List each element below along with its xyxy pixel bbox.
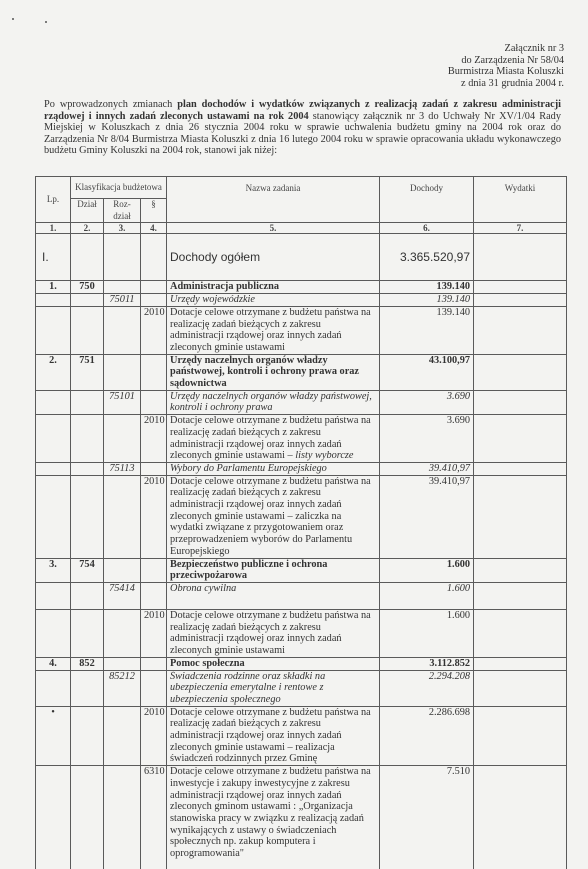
row-paragraf-text: 2010	[144, 476, 165, 487]
row-rozdzial-text: 75414	[109, 583, 135, 594]
row-rozdzial: 75101	[104, 390, 141, 414]
row-lp-text: 3.	[49, 559, 57, 570]
total-row: I. Dochody ogółem 3.365.520,97	[36, 234, 567, 281]
row-lp	[36, 766, 71, 869]
colnum: 5.	[167, 223, 380, 234]
row-rozdzial-text: 75113	[110, 463, 135, 474]
colnum: 1.	[36, 223, 71, 234]
row-dochody: 139.140	[380, 281, 474, 294]
row-nazwa: Urzędy naczelnych organów władzy państwo…	[167, 390, 380, 414]
intro-text: Po wprowadzonych zmianach	[44, 99, 177, 110]
row-dochody: 1.600	[380, 582, 474, 609]
table-row: •2010Dotacje celowe otrzymane z budżetu …	[36, 706, 567, 766]
column-number-row: 1. 2. 3. 4. 5. 6. 7.	[36, 223, 567, 234]
row-dochody: 1.600	[380, 558, 474, 582]
table-row: 75101Urzędy naczelnych organów władzy pa…	[36, 390, 567, 414]
row-nazwa: Bezpieczeństwo publiczne i ochrona przec…	[167, 558, 380, 582]
row-dochody-text: 39.410,97	[429, 463, 470, 474]
table-row: 4.852Pomoc społeczna3.112.852	[36, 657, 567, 670]
row-dochody-text: 139.140	[437, 307, 470, 318]
row-paragraf: 2010	[141, 475, 167, 558]
ordinance-reference: do Zarządzenia Nr 58/04	[448, 55, 564, 67]
row-dzial: 852	[71, 657, 104, 670]
row-rozdzial	[104, 306, 141, 354]
row-wydatki	[474, 354, 567, 390]
attachment-header: Załącznik nr 3 do Zarządzenia Nr 58/04 B…	[448, 43, 564, 89]
row-nazwa: Wybory do Parlamentu Europejskiego	[167, 462, 380, 475]
row-lp: 2.	[36, 354, 71, 390]
row-lp	[36, 390, 71, 414]
row-wydatki	[474, 306, 567, 354]
row-dochody: 1.600	[380, 609, 474, 657]
table-row: 85212Świadczenia rodzinne oraz składki n…	[36, 670, 567, 706]
table-row: 2010Dotacje celowe otrzymane z budżetu p…	[36, 306, 567, 354]
row-dzial	[71, 415, 104, 463]
row-paragraf: 2010	[141, 706, 167, 766]
row-dochody-text: 3.690	[447, 415, 470, 426]
row-nazwa-text: Wybory do Parlamentu Europejskiego	[170, 463, 327, 474]
header-paragraf: §	[141, 199, 167, 223]
row-dzial	[71, 294, 104, 307]
row-dzial	[71, 462, 104, 475]
row-nazwa-text: Dotacje celowe otrzymane z budżetu państ…	[170, 476, 371, 557]
row-nazwa-text: Dotacje celowe otrzymane z budżetu państ…	[170, 307, 371, 353]
row-nazwa: Świadczenia rodzinne oraz składki na ube…	[167, 670, 380, 706]
row-nazwa-text: Pomoc społeczna	[170, 658, 245, 669]
header-wydatki: Wydatki	[474, 177, 567, 223]
row-paragraf	[141, 462, 167, 475]
row-paragraf: 2010	[141, 609, 167, 657]
scan-speck	[45, 21, 47, 23]
row-dochody-text: 139.140	[437, 281, 470, 292]
colnum: 4.	[141, 223, 167, 234]
row-dochody-text: 43.100,97	[429, 355, 470, 366]
row-lp	[36, 415, 71, 463]
row-rozdzial-text: 75011	[110, 294, 135, 305]
row-dzial	[71, 609, 104, 657]
row-dzial	[71, 582, 104, 609]
colnum: 3.	[104, 223, 141, 234]
row-lp	[36, 582, 71, 609]
row-dochody: 2.286.698	[380, 706, 474, 766]
empty-cell	[141, 234, 167, 281]
total-wydatki	[474, 234, 567, 281]
row-rozdzial	[104, 706, 141, 766]
row-nazwa: Dotacje celowe otrzymane z budżetu państ…	[167, 475, 380, 558]
table-row: 2010Dotacje celowe otrzymane z budżetu p…	[36, 415, 567, 463]
row-nazwa-text: Urzędy naczelnych organów władzy państwo…	[170, 391, 372, 414]
row-wydatki	[474, 582, 567, 609]
row-dochody: 139.140	[380, 294, 474, 307]
row-nazwa: Obrona cywilna	[167, 582, 380, 609]
row-lp-text: 2.	[49, 355, 57, 366]
row-dochody-text: 139.140	[437, 294, 470, 305]
row-wydatki	[474, 706, 567, 766]
row-dzial: 754	[71, 558, 104, 582]
row-dochody: 2.294.208	[380, 670, 474, 706]
row-dochody-text: 1.600	[447, 559, 470, 570]
row-paragraf	[141, 294, 167, 307]
header-rozdzial: Roz-dział	[104, 199, 141, 223]
row-nazwa-text: Urzędy naczelnych organów władzy państwo…	[170, 355, 359, 389]
row-wydatki	[474, 281, 567, 294]
row-wydatki	[474, 475, 567, 558]
row-lp	[36, 462, 71, 475]
table-row: 75113Wybory do Parlamentu Europejskiego3…	[36, 462, 567, 475]
row-nazwa: Dotacje celowe otrzymane z budżetu państ…	[167, 415, 380, 463]
row-rozdzial	[104, 766, 141, 869]
header-dochody: Dochody	[380, 177, 474, 223]
row-wydatki	[474, 657, 567, 670]
table-row: 2010Dotacje celowe otrzymane z budżetu p…	[36, 475, 567, 558]
row-rozdzial: 85212	[104, 670, 141, 706]
row-nazwa: Dotacje celowe otrzymane z budżetu państ…	[167, 609, 380, 657]
row-lp	[36, 294, 71, 307]
row-rozdzial	[104, 558, 141, 582]
row-rozdzial	[104, 609, 141, 657]
row-lp-text: 4.	[49, 658, 57, 669]
row-dochody: 139.140	[380, 306, 474, 354]
row-rozdzial: 75414	[104, 582, 141, 609]
colnum: 6.	[380, 223, 474, 234]
row-dochody: 43.100,97	[380, 354, 474, 390]
row-wydatki	[474, 670, 567, 706]
table-row: 2.751Urzędy naczelnych organów władzy pa…	[36, 354, 567, 390]
row-paragraf: 6310	[141, 766, 167, 869]
row-lp: 1.	[36, 281, 71, 294]
row-nazwa: Dotacje celowe otrzymane z budżetu państ…	[167, 306, 380, 354]
row-wydatki	[474, 609, 567, 657]
row-lp	[36, 475, 71, 558]
row-paragraf-text: 2010	[144, 707, 165, 718]
row-paragraf	[141, 657, 167, 670]
row-nazwa-text: Bezpieczeństwo publiczne i ochrona przec…	[170, 559, 327, 582]
row-nazwa-text: Dotacje celowe otrzymane z budżetu państ…	[170, 766, 371, 859]
row-nazwa: Administracja publiczna	[167, 281, 380, 294]
row-nazwa: Pomoc społeczna	[167, 657, 380, 670]
row-dzial	[71, 670, 104, 706]
row-dochody: 7.510	[380, 766, 474, 869]
row-rozdzial	[104, 281, 141, 294]
row-dzial	[71, 390, 104, 414]
row-lp-text: •	[51, 707, 55, 718]
table-row: 1.750Administracja publiczna139.140	[36, 281, 567, 294]
row-dochody-text: 3.112.852	[429, 658, 470, 669]
row-wydatki	[474, 462, 567, 475]
row-dochody: 3.112.852	[380, 657, 474, 670]
row-lp-text: 1.	[49, 281, 57, 292]
row-nazwa-text: Dotacje celowe otrzymane z budżetu państ…	[170, 707, 371, 765]
row-nazwa-text: Świadczenia rodzinne oraz składki na ube…	[170, 671, 325, 705]
row-wydatki	[474, 415, 567, 463]
header-klasyfikacja: Klasyfikacja budżetowa	[71, 177, 167, 199]
row-dzial-text: 750	[79, 281, 94, 292]
row-dzial	[71, 475, 104, 558]
row-paragraf-text: 2010	[144, 307, 165, 318]
colnum: 2.	[71, 223, 104, 234]
row-wydatki	[474, 766, 567, 869]
row-nazwa-text: Dotacje celowe otrzymane z budżetu państ…	[170, 610, 371, 656]
row-dochody-text: 7.510	[447, 766, 470, 777]
row-dzial	[71, 306, 104, 354]
row-rozdzial-text: 75101	[109, 391, 135, 402]
row-lp: •	[36, 706, 71, 766]
row-wydatki	[474, 390, 567, 414]
row-rozdzial: 75113	[104, 462, 141, 475]
row-dochody-text: 39.410,97	[429, 476, 470, 487]
row-paragraf: 2010	[141, 306, 167, 354]
row-nazwa-italic: listy wyborcze	[295, 450, 353, 461]
row-nazwa: Urzędy naczelnych organów władzy państwo…	[167, 354, 380, 390]
budget-table: Lp. Klasyfikacja budżetowa Nazwa zadania…	[35, 176, 567, 869]
row-paragraf: 2010	[141, 415, 167, 463]
intro-paragraph: Po wprowadzonych zmianach plan dochodów …	[44, 99, 561, 157]
empty-cell	[104, 234, 141, 281]
row-rozdzial-text: 85212	[109, 671, 135, 682]
issuer: Burmistrza Miasta Koluszki	[448, 66, 564, 78]
row-wydatki	[474, 558, 567, 582]
issue-date: z dnia 31 grudnia 2004 r.	[448, 78, 564, 90]
row-dochody-text: 2.294.208	[429, 671, 470, 682]
row-paragraf	[141, 354, 167, 390]
table-row: 75414Obrona cywilna1.600	[36, 582, 567, 609]
total-label: Dochody ogółem	[167, 234, 380, 281]
row-lp: 4.	[36, 657, 71, 670]
row-dzial: 750	[71, 281, 104, 294]
row-dochody-text: 2.286.698	[429, 707, 470, 718]
row-dochody-text: 1.600	[447, 583, 470, 594]
row-dochody: 39.410,97	[380, 475, 474, 558]
header-nazwa: Nazwa zadania	[167, 177, 380, 223]
row-dzial-text: 754	[79, 559, 94, 570]
row-rozdzial	[104, 415, 141, 463]
row-rozdzial	[104, 475, 141, 558]
empty-cell	[71, 234, 104, 281]
row-paragraf-text: 2010	[144, 610, 165, 621]
row-paragraf	[141, 670, 167, 706]
row-paragraf-text: 2010	[144, 415, 165, 426]
colnum: 7.	[474, 223, 567, 234]
table-row: 75011Urzędy wojewódzkie139.140	[36, 294, 567, 307]
header-lp: Lp.	[36, 177, 71, 223]
row-rozdzial	[104, 657, 141, 670]
row-rozdzial	[104, 354, 141, 390]
header-dzial: Dział	[71, 199, 104, 223]
row-dzial-text: 852	[79, 658, 94, 669]
row-dzial: 751	[71, 354, 104, 390]
row-dzial	[71, 766, 104, 869]
table-row: 3.754Bezpieczeństwo publiczne i ochrona …	[36, 558, 567, 582]
row-wydatki	[474, 294, 567, 307]
row-paragraf	[141, 558, 167, 582]
table-row: 2010Dotacje celowe otrzymane z budżetu p…	[36, 609, 567, 657]
scan-speck	[12, 18, 14, 20]
row-lp: 3.	[36, 558, 71, 582]
table-row: 6310Dotacje celowe otrzymane z budżetu p…	[36, 766, 567, 869]
total-lp: I.	[36, 234, 71, 281]
row-dochody-text: 1.600	[447, 610, 470, 621]
row-lp	[36, 609, 71, 657]
row-paragraf	[141, 390, 167, 414]
row-nazwa: Urzędy wojewódzkie	[167, 294, 380, 307]
row-dzial-text: 751	[79, 355, 94, 366]
row-nazwa-text: Urzędy wojewódzkie	[170, 294, 255, 305]
row-dochody-text: 3.690	[447, 391, 470, 402]
row-dochody: 39.410,97	[380, 462, 474, 475]
row-paragraf-text: 6310	[144, 766, 165, 777]
row-lp	[36, 670, 71, 706]
row-nazwa: Dotacje celowe otrzymane z budżetu państ…	[167, 706, 380, 766]
row-nazwa-text: Administracja publiczna	[170, 281, 279, 292]
row-dochody: 3.690	[380, 415, 474, 463]
attachment-number: Załącznik nr 3	[448, 43, 564, 55]
row-dochody: 3.690	[380, 390, 474, 414]
row-paragraf	[141, 582, 167, 609]
row-paragraf	[141, 281, 167, 294]
row-nazwa: Dotacje celowe otrzymane z budżetu państ…	[167, 766, 380, 869]
row-nazwa-text: Obrona cywilna	[170, 583, 236, 594]
total-dochody: 3.365.520,97	[380, 234, 474, 281]
row-dzial	[71, 706, 104, 766]
row-rozdzial: 75011	[104, 294, 141, 307]
row-lp	[36, 306, 71, 354]
